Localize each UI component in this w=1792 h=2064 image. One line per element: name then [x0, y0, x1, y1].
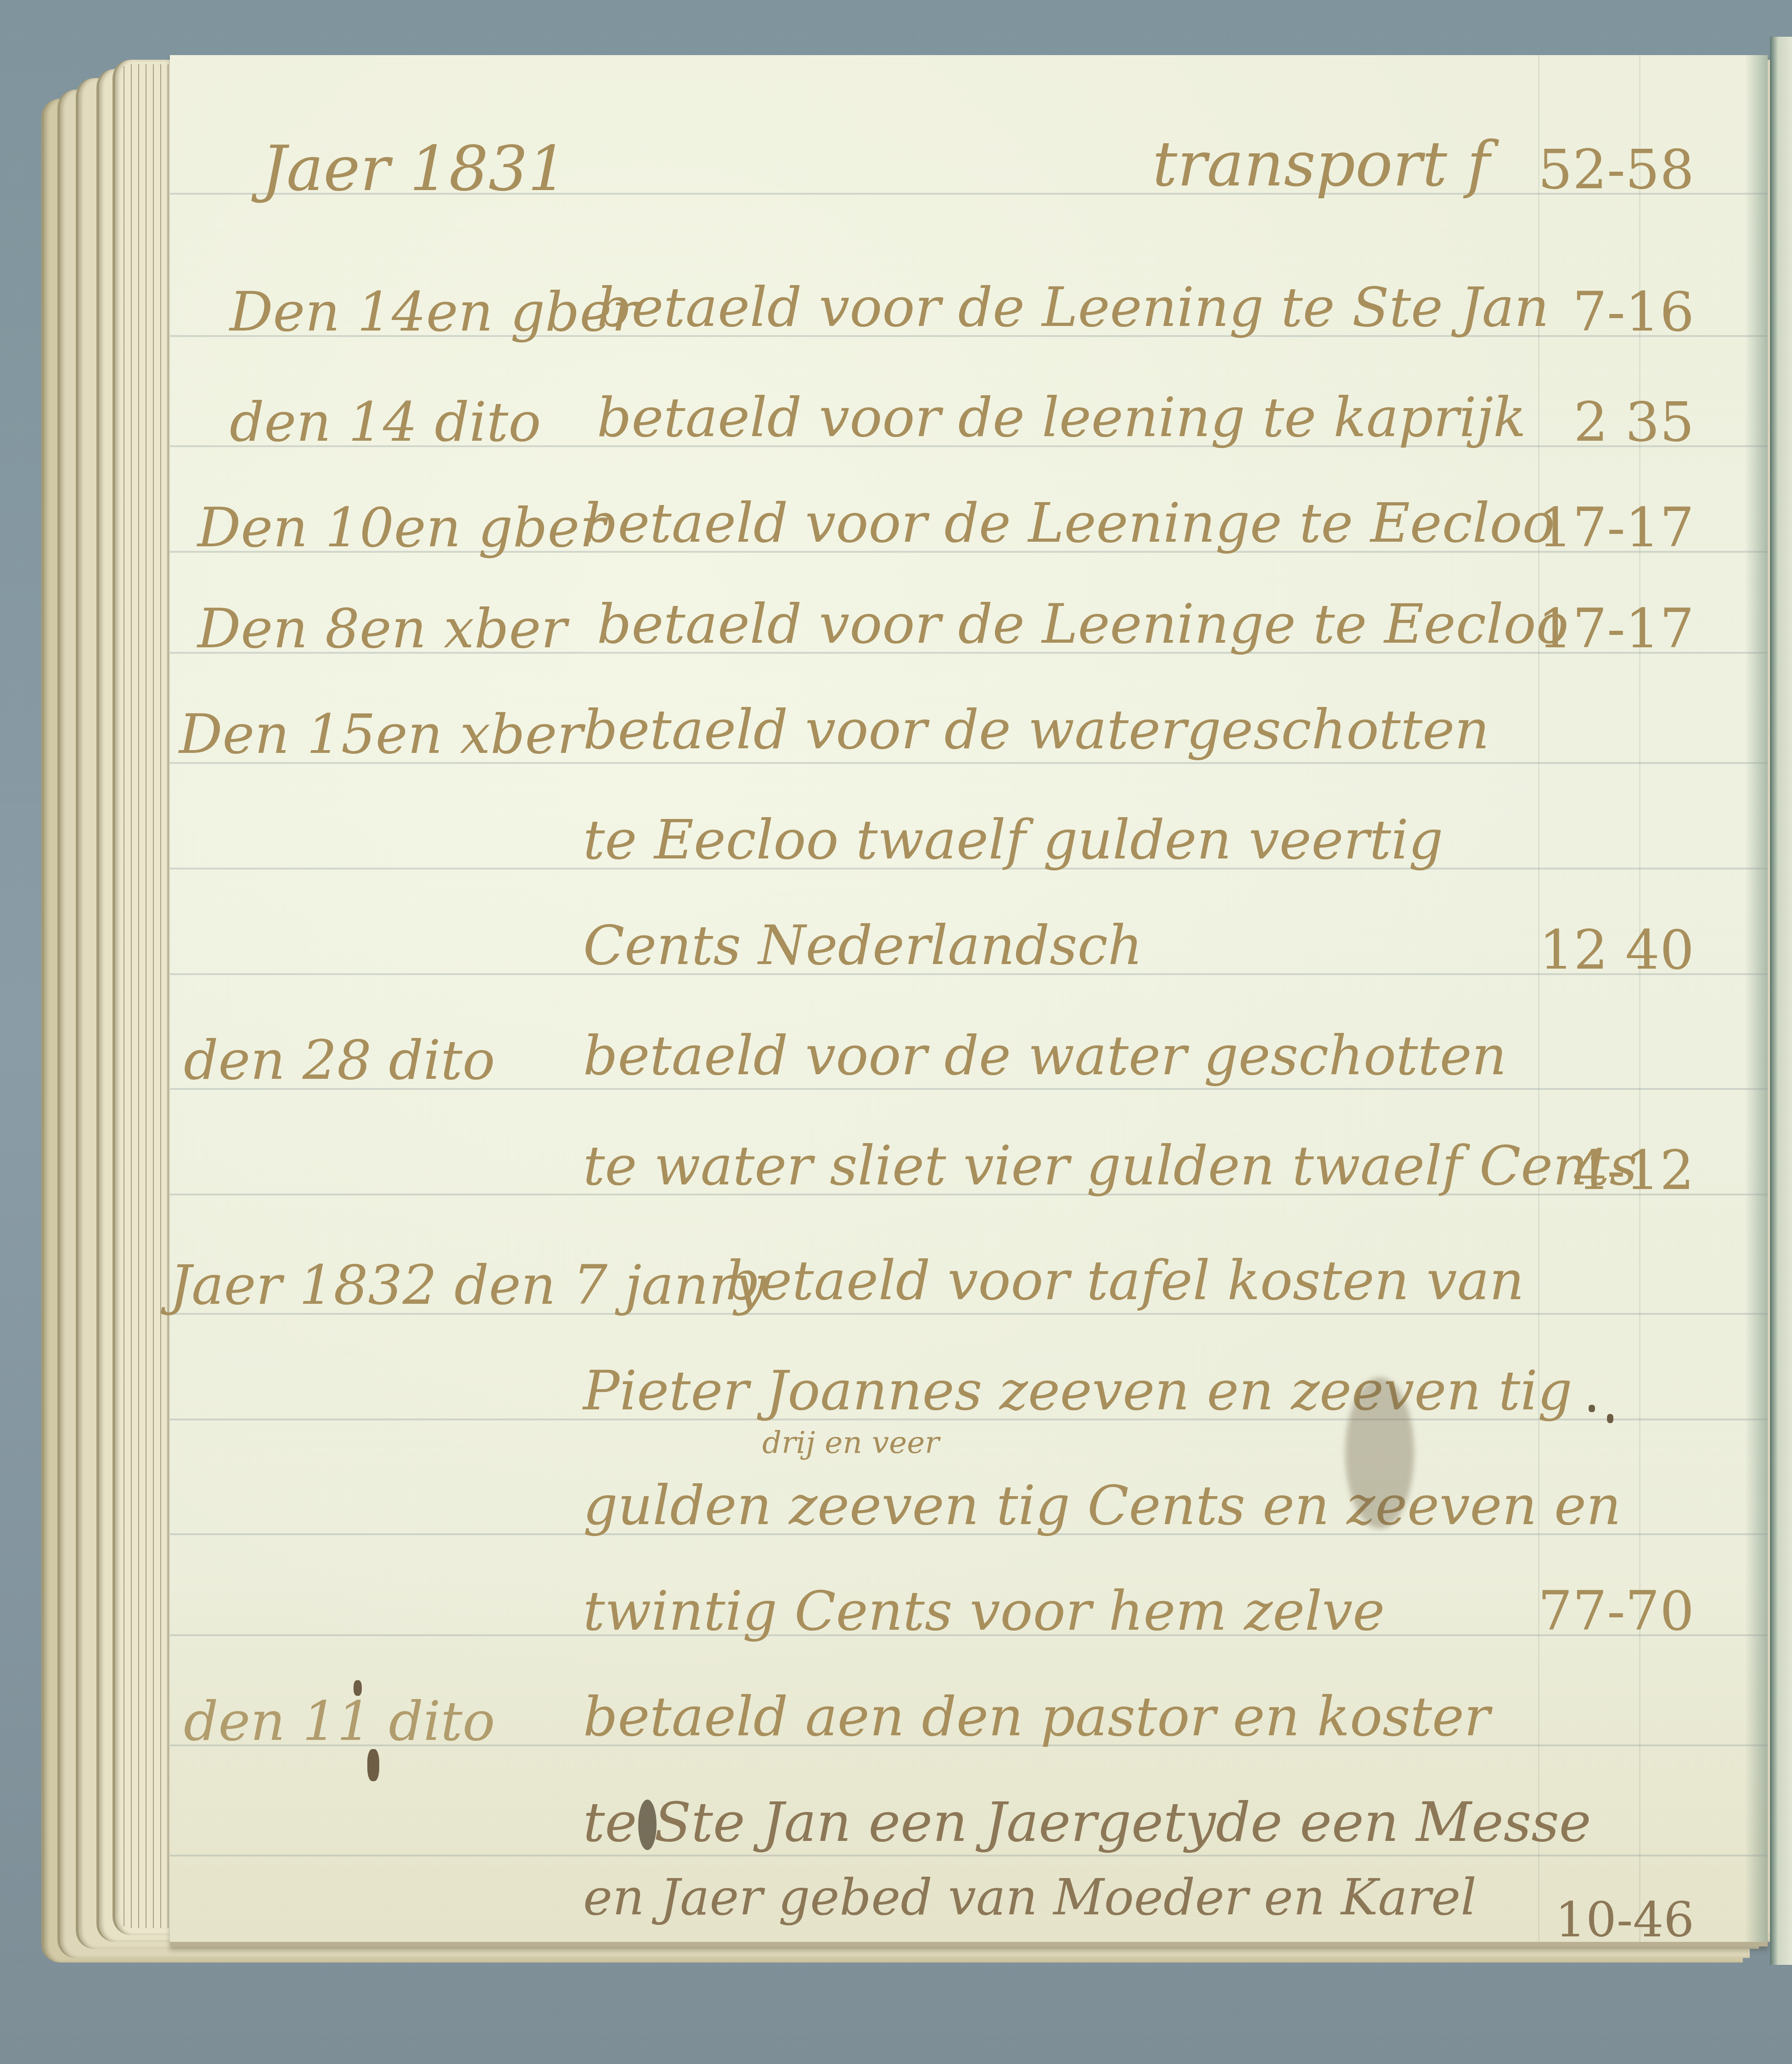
entry-amount: 12 40 — [1529, 923, 1694, 977]
transport-amount: 52-58 — [1529, 142, 1694, 196]
entry-amount: 10-46 — [1529, 1896, 1694, 1944]
entry-date: Den 8en xber — [197, 601, 567, 656]
entry-description-continued: te Ste Jan een Jaergetyde een Messe — [583, 1795, 1591, 1849]
entry-description-continued: te Eecloo twaelf gulden veertig — [583, 813, 1443, 867]
entry-description-continued: en Jaer gebed van Moeder en Karel — [583, 1873, 1477, 1923]
entry-description: betaeld voor de water geschotten — [583, 1028, 1507, 1082]
entry-amount: 4-12 — [1529, 1143, 1694, 1197]
entry-description: betaeld voor de Leeninge te Eecloo — [583, 496, 1555, 550]
gutter-shadow — [1745, 55, 1768, 1942]
entry-date: Jaer 1832 den 7 janry — [170, 1258, 765, 1312]
entry-date: den 14 dito — [230, 395, 541, 449]
year-heading: Jaer 1831 — [262, 138, 567, 200]
ruled-line — [170, 1855, 1768, 1856]
transport-label: transport f — [1152, 133, 1490, 195]
entry-date: den 28 dito — [184, 1033, 495, 1087]
entry-description-continued: twintig Cents voor hem zelve — [583, 1584, 1385, 1638]
ink-blot — [354, 1680, 362, 1696]
entry-amount: 77-70 — [1529, 1584, 1694, 1638]
entry-description: betaeld voor de Leeninge te Eecloo — [597, 597, 1569, 651]
entry-description: betaeld voor de watergeschotten — [583, 702, 1489, 757]
entry-description-continued: Cents Nederlandsch — [583, 918, 1143, 972]
ink-stain — [1345, 1377, 1414, 1529]
entry-description: betaeld voor de Leening te Ste Jan — [597, 280, 1549, 334]
entry-description-continued: te water sliet vier gulden twaelf Cents — [583, 1139, 1637, 1193]
ink-blot — [638, 1800, 657, 1850]
page-stack-lines — [117, 64, 172, 1928]
entry-date: Den 14en gber — [230, 285, 638, 339]
ink-dot — [1607, 1414, 1613, 1423]
entry-description: betaeld voor de leening te kaprijk — [597, 390, 1526, 444]
entry-amount: 7-16 — [1529, 285, 1694, 339]
entry-date: den 11 dito — [184, 1694, 495, 1748]
entry-amount: 17-17 — [1529, 500, 1694, 555]
entry-description: betaeld aen den pastor en koster — [583, 1689, 1490, 1744]
ink-blot — [367, 1749, 379, 1781]
entry-description-continued: Pieter Joannes zeeven en zeeven tig — [583, 1363, 1572, 1418]
entry-amount: 17-17 — [1529, 601, 1694, 656]
entry-description: betaeld voor tafel kosten van — [725, 1253, 1524, 1307]
entry-amount: 2 35 — [1529, 395, 1694, 449]
entry-description-continued: gulden zeeven tig Cents en zeeven en — [583, 1478, 1621, 1532]
interlinear-correction: drij en veer — [762, 1428, 939, 1458]
ink-dot — [1589, 1405, 1595, 1412]
ledger-page: Jaer 1831 transport f 52-58 Den 14en gbe… — [170, 55, 1768, 1946]
facing-page-edge — [1770, 37, 1792, 1965]
entry-date: Den 15en xber — [179, 707, 583, 761]
entry-date: Den 10en gber — [197, 500, 606, 555]
